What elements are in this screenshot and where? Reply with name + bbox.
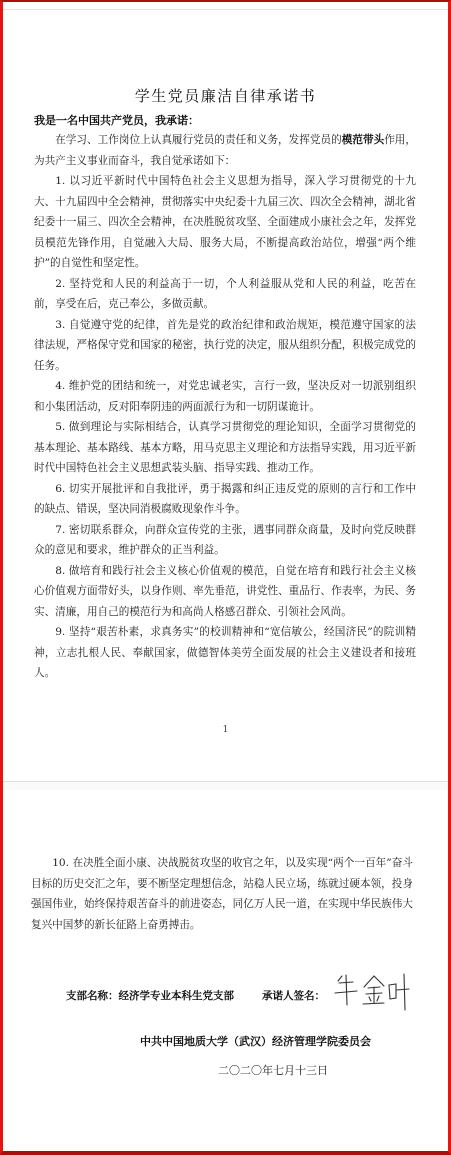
commitment-item-8: 8. 做培育和践行社会主义核心价值观的模范，自觉在培育和践行社会主义核心价值观方… bbox=[34, 561, 416, 623]
preamble-text-1: 在学习、工作岗位上认真履行党员的责任和义务，发挥党员的 bbox=[55, 134, 342, 146]
commitment-item-2: 2. 坚持党和人民的利益高于一切，个人利益服从党和人民的利益，吃苦在前，享受在后… bbox=[34, 274, 416, 315]
commitment-item-4: 4. 维护党的团结和统一，对党忠诚老实，言行一致，坚决反对一切派别组织和小集团活… bbox=[34, 376, 416, 417]
document-title: 学生党员廉洁自律承诺书 bbox=[3, 85, 448, 106]
commitment-body-continued: 10. 在决胜全面小康、决战脱贫攻坚的收官之年，以及实现“两个一百年”奋斗目标的… bbox=[31, 853, 413, 935]
commitment-item-5: 5. 做到理论与实际相结合，认真学习贯彻党的理论知识，全面学习贯彻党的基本理论、… bbox=[34, 417, 416, 479]
organization-name: 中共中国地质大学（武汉）经济管理学院委员会 bbox=[0, 1033, 451, 1049]
document-date: 二〇二〇年七月十三日 bbox=[218, 1062, 328, 1078]
signature-row: 支部名称：经济学专业本科生党支部承诺人签名： bbox=[66, 988, 325, 1003]
preamble-bold-text: 模范带头 bbox=[342, 134, 384, 146]
handwritten-signature bbox=[333, 972, 413, 1012]
intro-statement: 我是一名中国共产党员，我承诺： bbox=[34, 112, 199, 128]
commitment-item-6: 6. 切实开展批评和自我批评，勇于揭露和纠正违反党的原则的言行和工作中的缺点、错… bbox=[34, 479, 416, 520]
commitment-item-7: 7. 密切联系群众，向群众宣传党的主张，遇事同群众商量，及时向党反映群众的意见和… bbox=[34, 520, 416, 561]
commitment-item-9: 9. 坚持“艰苦朴素，求真务实”的校训精神和“宽信敏公，经国济民”的院训精神，立… bbox=[34, 622, 416, 684]
branch-label: 支部名称： bbox=[66, 990, 119, 1002]
page-1: 学生党员廉洁自律承诺书 我是一名中国共产党员，我承诺： 在学习、工作岗位上认真履… bbox=[3, 10, 448, 780]
preamble-paragraph: 在学习、工作岗位上认真履行党员的责任和义务，发挥党员的模范带头作用，为共产主义事… bbox=[34, 130, 416, 171]
commitment-item-3: 3. 自觉遵守党的纪律，首先是党的政治纪律和政治规矩，模范遵守国家的法律法规，严… bbox=[34, 315, 416, 377]
page-number: 1 bbox=[3, 725, 448, 735]
commitment-item-10: 10. 在决胜全面小康、决战脱贫攻坚的收官之年，以及实现“两个一百年”奋斗目标的… bbox=[31, 853, 413, 935]
branch-name: 经济学专业本科生党支部 bbox=[119, 990, 235, 1002]
commitment-body: 在学习、工作岗位上认真履行党员的责任和义务，发挥党员的模范带头作用，为共产主义事… bbox=[34, 130, 416, 684]
commitment-item-1: 1. 以习近平新时代中国特色社会主义思想为指导，深入学习贯彻党的十九大、十九届四… bbox=[34, 171, 416, 274]
signer-label: 承诺人签名： bbox=[262, 990, 325, 1002]
page-2 bbox=[3, 790, 448, 1150]
